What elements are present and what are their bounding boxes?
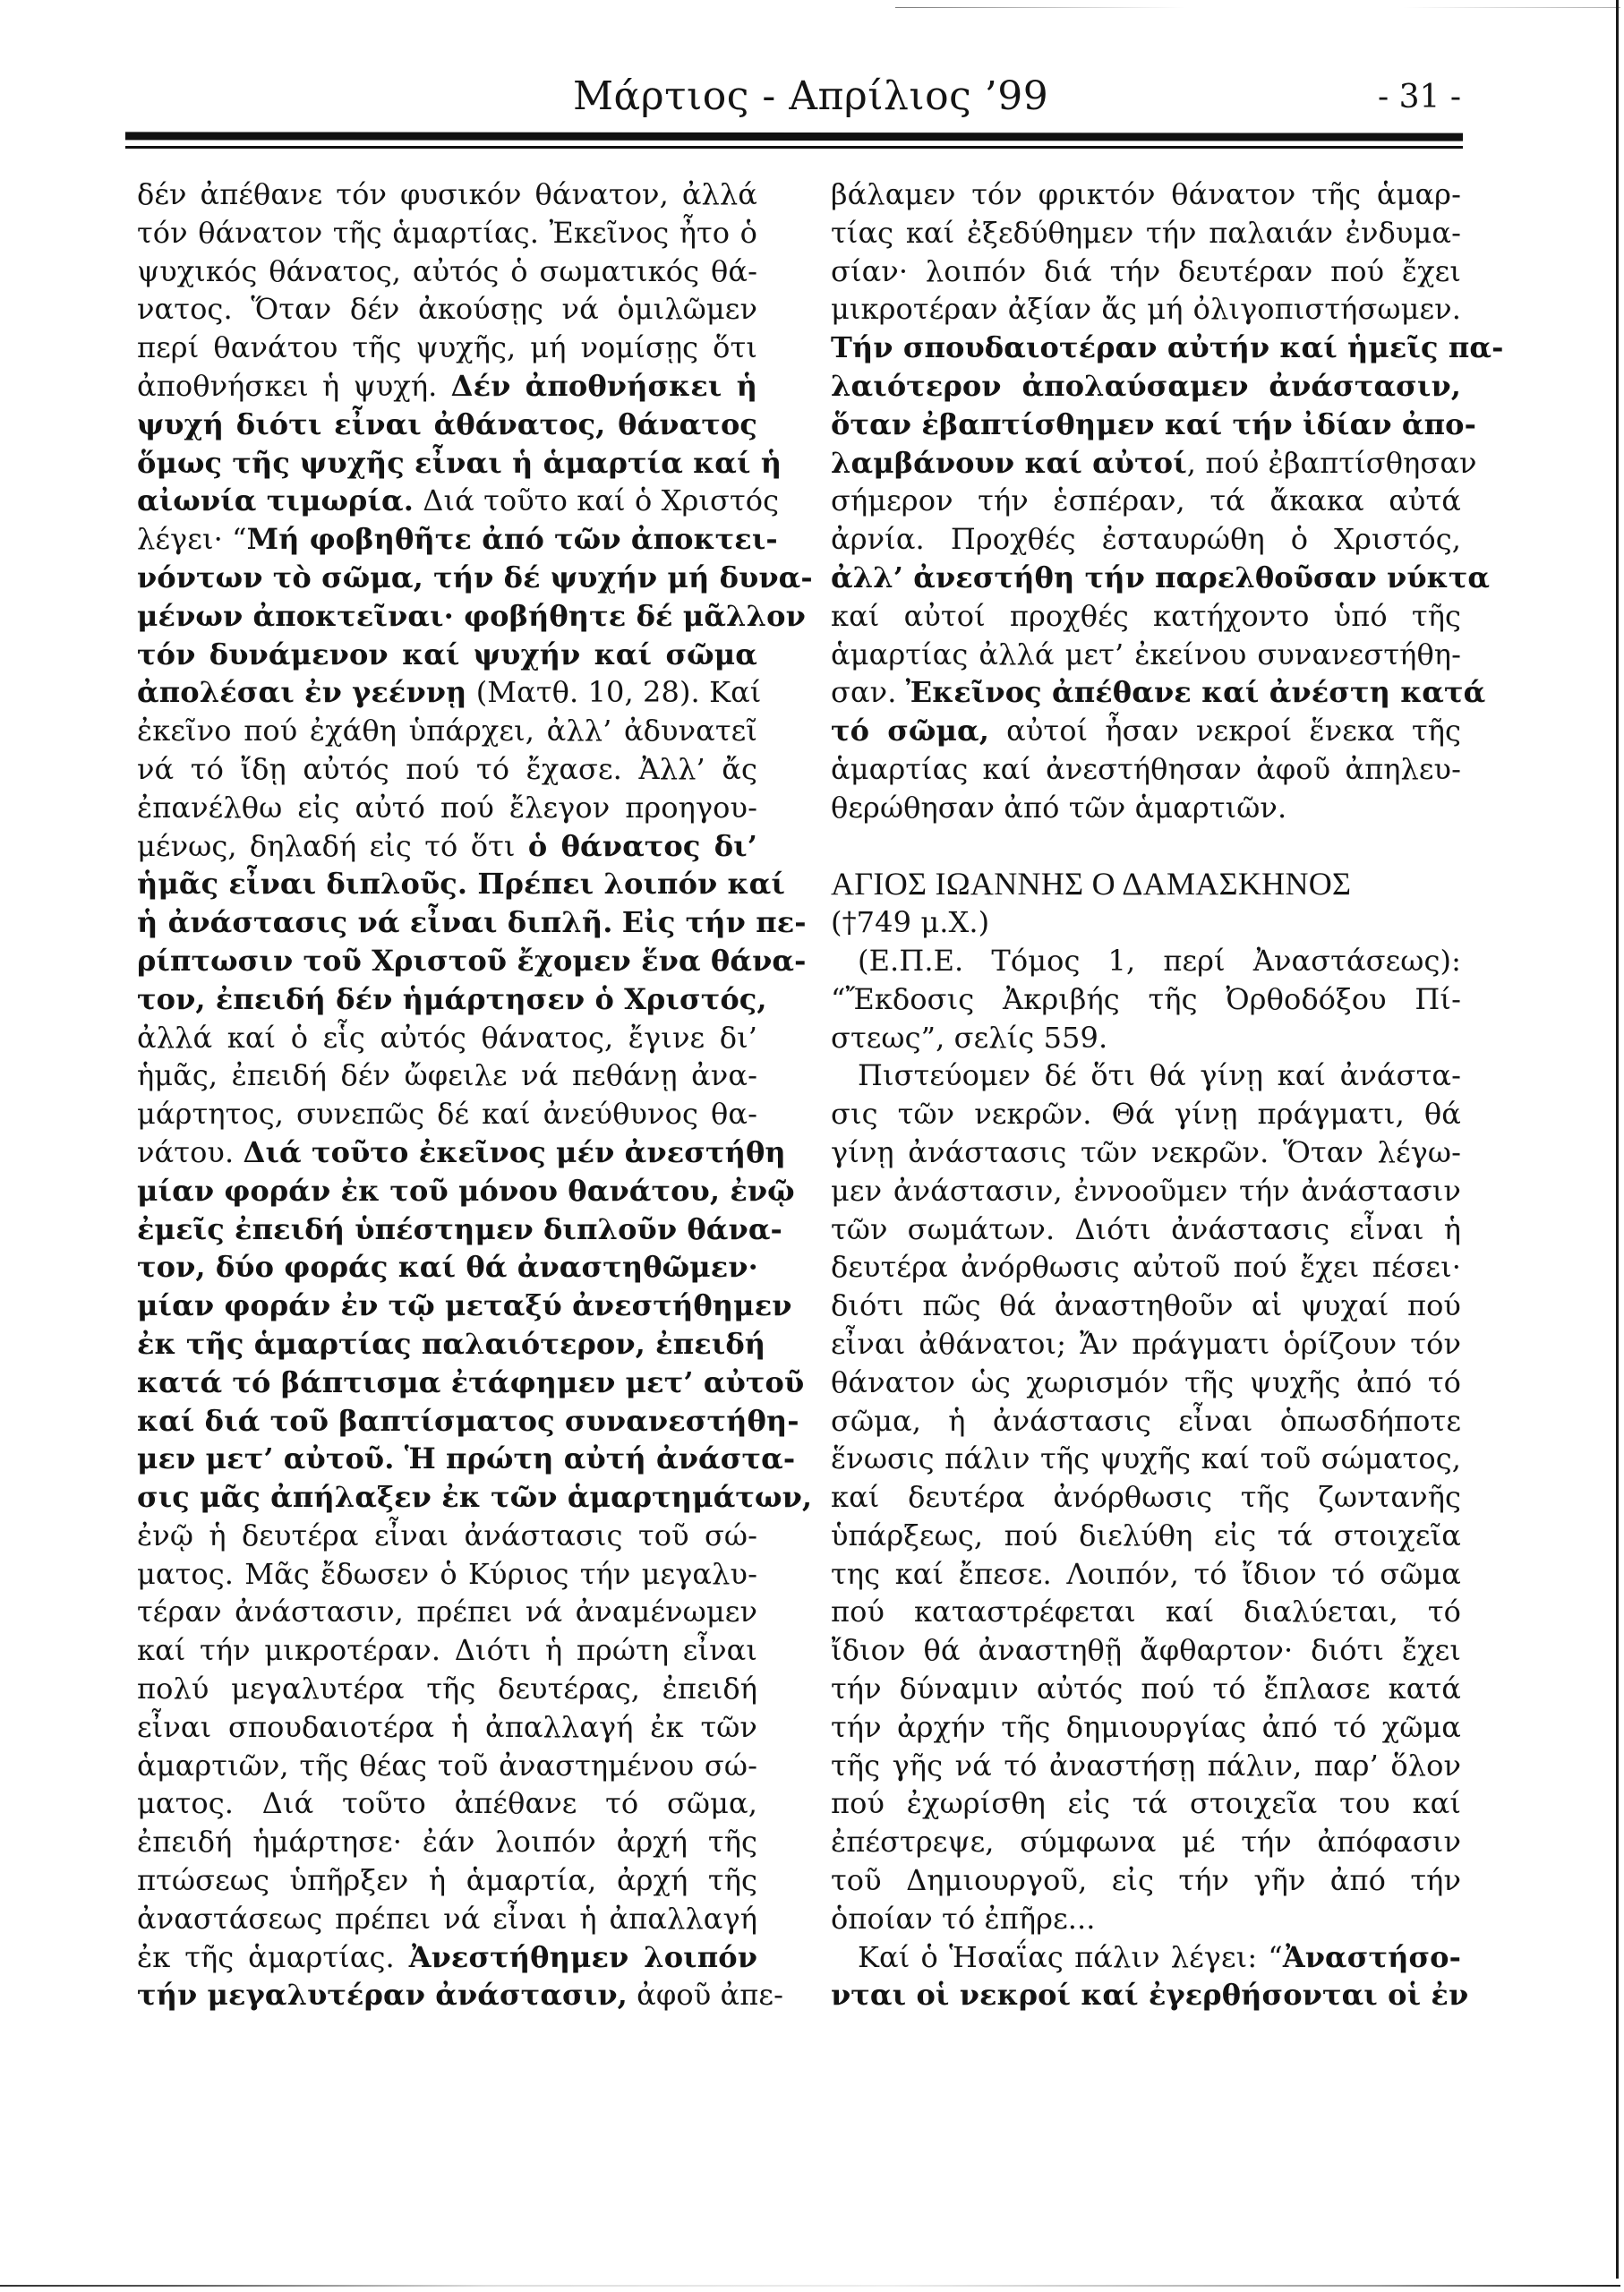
text-run: ἕνωσις πάλιν τῆς ψυχῆς καί τοῦ σώματος, bbox=[831, 1441, 1461, 1475]
text-run: ἁμαρτίας ἀλλά μετ’ ἐκείνου συνανεστήθη- bbox=[831, 637, 1461, 671]
text-run: “Ἔκδοσις Ἀκριβής τῆς Ὀρθοδόξου Πί- bbox=[831, 982, 1461, 1016]
text-line: εἶναι σπουδαιοτέρα ἡ ἀπαλλαγή ἐκ τῶν bbox=[137, 1708, 757, 1747]
text-line: γίνῃ ἀνάστασις τῶν νεκρῶν. Ὅταν λέγω- bbox=[831, 1133, 1461, 1172]
section-gap bbox=[831, 827, 1461, 866]
text-line: τήν ἀρχήν τῆς δημιουργίας ἀπό τό χῶμα bbox=[831, 1708, 1461, 1747]
text-run: εἶναι σπουδαιοτέρα ἡ ἀπαλλαγή ἐκ τῶν bbox=[137, 1710, 757, 1744]
text-line: τῆς γῆς νά τό ἀναστήσῃ πάλιν, παρ’ ὅλον bbox=[831, 1747, 1461, 1785]
text-run: ἀφοῦ ἀπε- bbox=[628, 1978, 783, 2012]
text-run: πτώσεως ὑπῆρξεν ἡ ἁμαρτία, ἀρχή τῆς bbox=[137, 1863, 757, 1897]
text-line: σίαν· λοιπόν διά τήν δευτέραν πού ἔχει bbox=[831, 252, 1461, 291]
text-run: ὑπάρξεως, πού διελύθη εἰς τά στοιχεῖα bbox=[831, 1518, 1461, 1552]
text-line: ἕνωσις πάλιν τῆς ψυχῆς καί τοῦ σώματος, bbox=[831, 1440, 1461, 1478]
text-line: καί τήν μικροτέραν. Διότι ἡ πρώτη εἶναι bbox=[137, 1631, 757, 1670]
text-run: ματος. Διά τοῦτο ἀπέθανε τό σῶμα, bbox=[137, 1786, 757, 1820]
text-line: μεν μετ’ αὐτοῦ. Ἡ πρώτη αὐτή ἀνάστα- bbox=[137, 1440, 757, 1478]
text-run: νάτου. bbox=[137, 1135, 244, 1169]
text-line: λέγει· “Μή φοβηθῆτε ἀπό τῶν ἀποκτει- bbox=[137, 520, 757, 559]
text-line: ἐνῷ ἡ δευτέρα εἶναι ἀνάστασις τοῦ σώ- bbox=[137, 1517, 757, 1555]
text-run: τόν θάνατον τῆς ἁμαρτίας. Ἐκεῖνος ἦτο ὁ bbox=[137, 216, 757, 250]
text-line: ἁμαρτίας ἀλλά μετ’ ἐκείνου συνανεστήθη- bbox=[831, 636, 1461, 674]
text-run: ἁμαρτιῶν, τῆς θέας τοῦ ἀναστημένου σώ- bbox=[137, 1749, 757, 1783]
text-line: σις τῶν νεκρῶν. Θά γίνῃ πράγματι, θά bbox=[831, 1095, 1461, 1133]
text-run: ἁμαρτίας καί ἀνεστήθησαν ἀφοῦ ἀπηλευ- bbox=[831, 752, 1461, 786]
text-run: ἐπανέλθω εἰς αὐτό πού ἔλεγον προηγου- bbox=[137, 791, 757, 825]
text-run: δέν ἀπέθανε τόν φυσικόν θάνατον, ἀλλά bbox=[137, 177, 757, 211]
text-line: ἴδιον θά ἀναστηθῇ ἄφθαρτον· διότι ἔχει bbox=[831, 1631, 1461, 1670]
text-line: μικροτέραν ἀξίαν ἄς μή ὀλιγοπιστήσωμεν. bbox=[831, 290, 1461, 329]
left-column-text: δέν ἀπέθανε τόν φυσικόν θάνατον, ἀλλάτόν… bbox=[137, 175, 757, 2014]
bold-text-run: Τήν σπουδαιοτέραν αὐτήν καί ἡμεῖς πα- bbox=[831, 330, 1504, 364]
text-line: νατος. Ὅταν δέν ἀκούσῃς νά ὁμιλῶμεν bbox=[137, 290, 757, 329]
text-line: ἀρνία. Προχθές ἐσταυρώθη ὁ Χριστός, bbox=[831, 520, 1461, 559]
text-line: κατά τό βάπτισμα ἐτάφημεν μετ’ αὐτοῦ bbox=[137, 1364, 757, 1402]
text-line: ἡ ἀνάστασις νά εἶναι διπλῆ. Εἰς τήν πε- bbox=[137, 903, 757, 942]
text-run: πού καταστρέφεται καί διαλύεται, τό bbox=[831, 1595, 1461, 1629]
text-line: ψυχή διότι εἶναι ἀθάνατος, θάνατος bbox=[137, 406, 757, 444]
bold-text-run: μίαν φοράν ἐκ τοῦ μόνου θανάτου, ἐνῷ bbox=[137, 1174, 795, 1208]
text-run: ἡμᾶς, ἐπειδή δέν ὤφειλε νά πεθάνῃ ἀνα- bbox=[137, 1058, 757, 1092]
text-line: (Ε.Π.Ε. Τόμος 1, περί Ἀναστάσεως): bbox=[831, 942, 1461, 980]
text-line: ἐκ τῆς ἁμαρτίας παλαιότερον, ἐπειδή bbox=[137, 1325, 757, 1364]
bold-text-run: ἡ ἀνάστασις νά εἶναι διπλῆ. bbox=[137, 905, 612, 939]
bold-text-run: ψυχή διότι εἶναι ἀθάνατος, θάνατος bbox=[137, 407, 757, 441]
text-line: ἐπειδή ἡμάρτησε· ἐάν λοιπόν ἀρχή τῆς bbox=[137, 1823, 757, 1861]
text-line: ἐκεῖνο πού ἐχάθη ὑπάρχει, ἀλλ’ ἀδυνατεῖ bbox=[137, 712, 757, 750]
text-run: ἴδιον θά ἀναστηθῇ ἄφθαρτον· διότι ἔχει bbox=[831, 1633, 1461, 1667]
text-line: τίας καί ἐξεδύθημεν τήν παλαιάν ἐνδυμα- bbox=[831, 214, 1461, 252]
text-run: Πιστεύομεν δέ ὅτι θά γίνῃ καί ἀνάστα- bbox=[858, 1058, 1461, 1092]
text-line: πολύ μεγαλυτέρα τῆς δευτέρας, ἐπειδή bbox=[137, 1670, 757, 1708]
bold-text-run: ἡμᾶς εἶναι διπλοῦς. Πρέπει λοιπόν καί bbox=[137, 867, 785, 901]
text-line: τῶν σωμάτων. Διότι ἀνάστασις εἶναι ἡ bbox=[831, 1210, 1461, 1249]
bold-text-run: ἀπολέσαι ἐν γεέννῃ bbox=[137, 675, 466, 709]
text-run: γίνῃ ἀνάστασις τῶν νεκρῶν. Ὅταν λέγω- bbox=[831, 1135, 1461, 1169]
header-rule-thin bbox=[125, 146, 1463, 149]
text-run: σίαν· λοιπόν διά τήν δευτέραν πού ἔχει bbox=[831, 254, 1461, 288]
running-header: Μάρτιος - Απρίλιος ’99 - 31 - bbox=[125, 70, 1461, 133]
text-line: ὅμως τῆς ψυχῆς εἶναι ἡ ἁμαρτία καί ἡ bbox=[137, 444, 757, 483]
text-line: ἐπανέλθω εἰς αὐτό πού ἔλεγον προηγου- bbox=[137, 789, 757, 827]
issue-title: Μάρτιος - Απρίλιος ’99 bbox=[573, 73, 1048, 119]
text-line: τήν μεγαλυτέραν ἀνάστασιν, ἀφοῦ ἀπε- bbox=[137, 1976, 757, 2014]
bold-text-run: ρίπτωσιν τοῦ Χριστοῦ ἔχομεν ἕνα θάνα- bbox=[137, 944, 807, 978]
text-line: μίαν φοράν ἐν τῷ μεταξύ ἀνεστήθημεν bbox=[137, 1287, 757, 1325]
text-line: Τήν σπουδαιοτέραν αὐτήν καί ἡμεῖς πα- bbox=[831, 329, 1461, 367]
text-line: πού ἐχωρίσθη εἰς τά στοιχεῖα του καί bbox=[831, 1784, 1461, 1823]
bold-text-run: μένων ἀποκτεῖναι· φοβήθητε δέ μᾶλλον bbox=[137, 599, 806, 633]
text-run: πού ἐχωρίσθη εἰς τά στοιχεῖα του καί bbox=[831, 1786, 1461, 1820]
text-line: ἡμᾶς, ἐπειδή δέν ὤφειλε νά πεθάνῃ ἀνα- bbox=[137, 1056, 757, 1095]
text-run: ματος. Μᾶς ἔδωσεν ὁ Κύριος τήν μεγαλυ- bbox=[137, 1557, 757, 1591]
text-line: τόν δυνάμενον καί ψυχήν καί σῶμα bbox=[137, 636, 757, 674]
text-run: μεν ἀνάστασιν, ἐννοοῦμεν τήν ἀνάστασιν bbox=[831, 1174, 1461, 1208]
text-line: βάλαμεν τόν φρικτόν θάνατον τῆς ἁμαρ- bbox=[831, 175, 1461, 214]
text-run bbox=[612, 905, 621, 939]
text-run: τήν δύναμιν αὐτός πού τό ἔπλασε κατά bbox=[831, 1672, 1461, 1706]
text-line: ἡμᾶς εἶναι διπλοῦς. Πρέπει λοιπόν καί bbox=[137, 865, 757, 903]
text-run: ἀποθνήσκει ἡ ψυχή. bbox=[137, 369, 451, 403]
text-line: ματος. Διά τοῦτο ἀπέθανε τό σῶμα, bbox=[137, 1784, 757, 1823]
text-line: πτώσεως ὑπῆρξεν ἡ ἁμαρτία, ἀρχή τῆς bbox=[137, 1861, 757, 1900]
text-run: βάλαμεν τόν φρικτόν θάνατον τῆς ἁμαρ- bbox=[831, 177, 1461, 211]
text-run: ψυχικός θάνατος, αὐτός ὁ σωματικός θά- bbox=[137, 254, 757, 288]
text-run: (Ματθ. 10, 28). Καί bbox=[466, 675, 761, 709]
left-column: δέν ἀπέθανε τόν φυσικόν θάνατον, ἀλλάτόν… bbox=[137, 175, 757, 2014]
text-line: ἁμαρτίας καί ἀνεστήθησαν ἀφοῦ ἀπηλευ- bbox=[831, 750, 1461, 789]
text-run: ἐνῷ ἡ δευτέρα εἶναι ἀνάστασις τοῦ σώ- bbox=[137, 1518, 757, 1552]
text-run: θερώθησαν ἀπό τῶν ἁμαρτιῶν. bbox=[831, 791, 1286, 825]
text-line: λαιότερον ἀπολαύσαμεν ἀνάστασιν, bbox=[831, 367, 1461, 406]
text-line: σαν. Ἐκεῖνος ἀπέθανε καί ἀνέστη κατά bbox=[831, 673, 1461, 712]
bold-text-run: νται οἱ νεκροί καί ἐγερθήσονται οἱ ἐν bbox=[831, 1978, 1468, 2012]
text-line: θάνατον ὡς χωρισμόν τῆς ψυχῆς ἀπό τό bbox=[831, 1364, 1461, 1402]
text-run: εἶναι ἀθάνατοι; Ἄν πράγματι ὁρίζουν τόν bbox=[831, 1327, 1461, 1361]
text-run: σις τῶν νεκρῶν. Θά γίνῃ πράγματι, θά bbox=[831, 1097, 1461, 1131]
text-run: καί αὐτοί προχθές κατήχοντο ὑπό τῆς bbox=[831, 599, 1461, 633]
bold-text-run: ὅταν ἐβαπτίσθημεν καί τήν ἰδίαν ἀπο- bbox=[831, 407, 1476, 441]
text-run: ἀλλά καί ὁ εἷς αὐτός θάνατος, ἔγινε δι’ bbox=[137, 1021, 757, 1055]
text-line: ἀπολέσαι ἐν γεέννῃ (Ματθ. 10, 28). Καί bbox=[137, 673, 757, 712]
bold-text-run: τον, ἐπειδή δέν ἡμάρτησεν ὁ Χριστός, bbox=[137, 982, 767, 1016]
text-line: τήν δύναμιν αὐτός πού τό ἔπλασε κατά bbox=[831, 1670, 1461, 1708]
text-run: τοῦ Δημιουργοῦ, εἰς τήν γῆν ἀπό τήν bbox=[831, 1863, 1461, 1897]
text-line: ρίπτωσιν τοῦ Χριστοῦ ἔχομεν ἕνα θάνα- bbox=[137, 942, 757, 980]
bold-text-run: λαμβάνουν καί αὐτοί bbox=[831, 446, 1187, 480]
bold-text-run: καί διά τοῦ βαπτίσματος συνανεστήθη- bbox=[137, 1404, 799, 1438]
text-run: ἀρνία. Προχθές ἐσταυρώθη ὁ Χριστός, bbox=[831, 522, 1461, 556]
text-run: σαν. bbox=[831, 675, 906, 709]
text-line: ἐπέστρεψε, σύμφωνα μέ τήν ἀπόφασιν bbox=[831, 1823, 1461, 1861]
text-line: τον, ἐπειδή δέν ἡμάρτησεν ὁ Χριστός, bbox=[137, 980, 757, 1019]
text-line: ἁμαρτιῶν, τῆς θέας τοῦ ἀναστημένου σώ- bbox=[137, 1747, 757, 1785]
bold-text-run: Ἀνεστήθημεν λοιπόν bbox=[409, 1940, 757, 1974]
text-run: ἐκ τῆς ἁμαρτίας. bbox=[137, 1940, 409, 1974]
text-line: τοῦ Δημιουργοῦ, εἰς τήν γῆν ἀπό τήν bbox=[831, 1861, 1461, 1900]
text-run: λέγει· “ bbox=[137, 522, 247, 556]
text-run: σήμερον τήν ἑσπέραν, τά ἄκακα αὐτά bbox=[831, 483, 1461, 517]
bold-text-run: ὁ θάνατος δι’ bbox=[528, 829, 757, 863]
text-line: Πιστεύομεν δέ ὅτι θά γίνῃ καί ἀνάστα- bbox=[831, 1056, 1461, 1095]
text-run: ἐπειδή ἡμάρτησε· ἐάν λοιπόν ἀρχή τῆς bbox=[137, 1825, 757, 1859]
text-run: (Ε.Π.Ε. Τόμος 1, περί Ἀναστάσεως): bbox=[858, 944, 1461, 978]
text-run: ὁποίαν τό ἐπῆρε... bbox=[831, 1902, 1096, 1936]
scanned-page: Μάρτιος - Απρίλιος ’99 - 31 - δέν ἀπέθαν… bbox=[0, 0, 1624, 2292]
bold-text-run: λαιότερον ἀπολαύσαμεν ἀνάστασιν, bbox=[831, 369, 1461, 403]
text-line: καί δευτέρα ἀνόρθωσις τῆς ζωντανῆς bbox=[831, 1478, 1461, 1517]
text-run: νά τό ἴδῃ αὐτός πού τό ἔχασε. Ἀλλ’ ἄς bbox=[137, 752, 757, 786]
page-number: - 31 - bbox=[1378, 79, 1461, 115]
text-run: σῶμα, ἡ ἀνάστασις εἶναι ὁπωσδήποτε bbox=[831, 1404, 1461, 1438]
bold-text-run: τόν δυνάμενον καί ψυχήν καί σῶμα bbox=[137, 637, 757, 671]
text-line: τό σῶμα, αὐτοί ἦσαν νεκροί ἕνεκα τῆς bbox=[831, 712, 1461, 750]
bold-text-run: μεν μετ’ αὐτοῦ. Ἡ πρώτη αὐτή ἀνάστα- bbox=[137, 1441, 795, 1475]
text-run: μένως, δηλαδή εἰς τό ὅτι bbox=[137, 829, 528, 863]
bold-text-run: Διά τοῦτο ἐκεῖνος μέν ἀνεστήθη bbox=[244, 1135, 786, 1169]
section-dates: (†749 μ.Χ.) bbox=[831, 903, 1461, 942]
bold-text-run: ἐμεῖς ἐπειδή ὑπέστημεν διπλοῦν θάνα- bbox=[137, 1212, 782, 1246]
text-line: “Ἔκδοσις Ἀκριβής τῆς Ὀρθοδόξου Πί- bbox=[831, 980, 1461, 1019]
text-run: διότι πῶς θά ἀναστηθοῦν αἱ ψυχαί πού bbox=[831, 1288, 1461, 1322]
text-run: μικροτέραν ἀξίαν ἄς μή ὀλιγοπιστήσωμεν. bbox=[831, 292, 1461, 326]
text-line: περί θανάτου τῆς ψυχῆς, μή νομίσῃς ὅτι bbox=[137, 329, 757, 367]
text-line: μένως, δηλαδή εἰς τό ὅτι ὁ θάνατος δι’ bbox=[137, 827, 757, 866]
text-line: ὁποίαν τό ἐπῆρε... bbox=[831, 1900, 1461, 1938]
text-run: τέραν ἀνάστασιν, πρέπει νά ἀναμένωμεν bbox=[137, 1595, 757, 1629]
text-run: καί τήν μικροτέραν. Διότι ἡ πρώτη εἶναι bbox=[137, 1633, 757, 1667]
text-line: ἐκ τῆς ἁμαρτίας. Ἀνεστήθημεν λοιπόν bbox=[137, 1938, 757, 1977]
bold-text-run: τον, δύο φοράς καί θά ἀναστηθῶμεν· bbox=[137, 1250, 758, 1284]
text-line: νόντων τὸ σῶμα, τήν δέ ψυχήν μή δυνα- bbox=[137, 559, 757, 597]
bold-text-run: Ἀναστήσο- bbox=[1283, 1940, 1461, 1974]
scan-edge-top-artifact bbox=[895, 7, 1620, 8]
text-run: ἐκεῖνο πού ἐχάθη ὑπάρχει, ἀλλ’ ἀδυνατεῖ bbox=[137, 714, 757, 748]
right-column-text-top: βάλαμεν τόν φρικτόν θάνατον τῆς ἁμαρ-τία… bbox=[831, 175, 1461, 827]
bold-text-run: σις μᾶς ἀπήλαξεν ἐκ τῶν ἁμαρτημάτων, bbox=[137, 1480, 812, 1514]
text-run: πολύ μεγαλυτέρα τῆς δευτέρας, ἐπειδή bbox=[137, 1672, 757, 1706]
text-run: ἀναστάσεως πρέπει νά εἶναι ἡ ἀπαλλαγή bbox=[137, 1902, 757, 1936]
text-line: λαμβάνουν καί αὐτοί, πού ἐβαπτίσθησαν bbox=[831, 444, 1461, 483]
bold-text-run: τήν μεγαλυτέραν ἀνάστασιν, bbox=[137, 1978, 628, 2012]
section-heading: ΑΓΙΟΣ ΙΩΑΝΝΗΣ Ο ΔΑΜΑΣΚΗΝΟΣ bbox=[831, 865, 1461, 903]
text-line: εἶναι ἀθάνατοι; Ἄν πράγματι ὁρίζουν τόν bbox=[831, 1325, 1461, 1364]
bold-text-run: μίαν φοράν ἐν τῷ μεταξύ ἀνεστήθημεν bbox=[137, 1288, 792, 1322]
bold-text-run: ὅμως τῆς ψυχῆς εἶναι ἡ ἁμαρτία καί ἡ bbox=[137, 446, 782, 480]
text-line: ματος. Μᾶς ἔδωσεν ὁ Κύριος τήν μεγαλυ- bbox=[137, 1555, 757, 1594]
text-line: πού καταστρέφεται καί διαλύεται, τό bbox=[831, 1593, 1461, 1631]
text-run: ἐπέστρεψε, σύμφωνα μέ τήν ἀπόφασιν bbox=[831, 1825, 1461, 1859]
right-column: βάλαμεν τόν φρικτόν θάνατον τῆς ἁμαρ-τία… bbox=[831, 175, 1461, 2014]
text-line: ψυχικός θάνατος, αὐτός ὁ σωματικός θά- bbox=[137, 252, 757, 291]
text-line: μένων ἀποκτεῖναι· φοβήθητε δέ μᾶλλον bbox=[137, 597, 757, 636]
text-line: αἰωνία τιμωρία. Διά τοῦτο καί ὁ Χριστός bbox=[137, 482, 757, 520]
bold-text-run: νόντων τὸ σῶμα, τήν δέ ψυχήν μή δυνα- bbox=[137, 560, 813, 594]
text-line: μίαν φοράν ἐκ τοῦ μόνου θανάτου, ἐνῷ bbox=[137, 1172, 757, 1210]
text-run: τήν ἀρχήν τῆς δημιουργίας ἀπό τό χῶμα bbox=[831, 1710, 1461, 1744]
text-line: ἀναστάσεως πρέπει νά εἶναι ἡ ἀπαλλαγή bbox=[137, 1900, 757, 1938]
text-run: καί δευτέρα ἀνόρθωσις τῆς ζωντανῆς bbox=[831, 1480, 1461, 1514]
text-line: τον, δύο φοράς καί θά ἀναστηθῶμεν· bbox=[137, 1248, 757, 1287]
bold-text-run: Μή φοβηθῆτε ἀπό τῶν ἀποκτει- bbox=[247, 522, 778, 556]
text-line: ἀλλά καί ὁ εἷς αὐτός θάνατος, ἔγινε δι’ bbox=[137, 1019, 757, 1057]
header-rule-thick bbox=[125, 132, 1463, 141]
text-run: Διά τοῦτο καί ὁ Χριστός bbox=[414, 483, 779, 517]
text-line: νται οἱ νεκροί καί ἐγερθήσονται οἱ ἐν bbox=[831, 1976, 1461, 2014]
text-line: ὅταν ἐβαπτίσθημεν καί τήν ἰδίαν ἀπο- bbox=[831, 406, 1461, 444]
bold-text-run: ἐκ τῆς ἁμαρτίας παλαιότερον, ἐπειδή bbox=[137, 1327, 765, 1361]
scan-edge-bottom-artifact bbox=[0, 2285, 1620, 2287]
text-run: νατος. Ὅταν δέν ἀκούσῃς νά ὁμιλῶμεν bbox=[137, 292, 757, 326]
bold-text-run: Ἐκεῖνος ἀπέθανε καί ἀνέστη κατά bbox=[906, 675, 1486, 709]
text-line: σις μᾶς ἀπήλαξεν ἐκ τῶν ἁμαρτημάτων, bbox=[137, 1478, 757, 1517]
text-line: νά τό ἴδῃ αὐτός πού τό ἔχασε. Ἀλλ’ ἄς bbox=[137, 750, 757, 789]
text-line: τόν θάνατον τῆς ἁμαρτίας. Ἐκεῖνος ἦτο ὁ bbox=[137, 214, 757, 252]
text-line: διότι πῶς θά ἀναστηθοῦν αἱ ψυχαί πού bbox=[831, 1287, 1461, 1325]
bold-text-run: τό σῶμα, bbox=[831, 714, 989, 748]
text-line: τέραν ἀνάστασιν, πρέπει νά ἀναμένωμεν bbox=[137, 1593, 757, 1631]
text-line: σήμερον τήν ἑσπέραν, τά ἄκακα αὐτά bbox=[831, 482, 1461, 520]
text-run: της καί ἔπεσε. Λοιπόν, τό ἴδιον τό σῶμα bbox=[831, 1557, 1461, 1591]
bold-text-run: αἰωνία τιμωρία. bbox=[137, 483, 414, 517]
text-line: δευτέρα ἀνόρθωσις αὐτοῦ πού ἔχει πέσει· bbox=[831, 1248, 1461, 1287]
text-run: περί θανάτου τῆς ψυχῆς, μή νομίσῃς ὅτι bbox=[137, 330, 757, 364]
right-column-text-bottom: (Ε.Π.Ε. Τόμος 1, περί Ἀναστάσεως):“Ἔκδοσ… bbox=[831, 942, 1461, 2014]
bold-text-run: κατά τό βάπτισμα ἐτάφημεν μετ’ αὐτοῦ bbox=[137, 1365, 804, 1399]
text-run: τῶν σωμάτων. Διότι ἀνάστασις εἶναι ἡ bbox=[831, 1212, 1461, 1246]
text-line: νάτου. Διά τοῦτο ἐκεῖνος μέν ἀνεστήθη bbox=[137, 1133, 757, 1172]
text-run: Καί ὁ Ἡσαΐας πάλιν λέγει: “ bbox=[858, 1940, 1283, 1974]
text-run: τίας καί ἐξεδύθημεν τήν παλαιάν ἐνδυμα- bbox=[831, 216, 1461, 250]
bold-text-run: Εἰς τήν πε- bbox=[622, 905, 807, 939]
text-run: , πού ἐβαπτίσθησαν bbox=[1187, 446, 1477, 480]
text-line: Καί ὁ Ἡσαΐας πάλιν λέγει: “Ἀναστήσο- bbox=[831, 1938, 1461, 1977]
bold-text-run: ἀλλ’ ἀνεστήθη τήν παρελθοῦσαν νύκτα bbox=[831, 560, 1490, 594]
text-line: στεως”, σελίς 559. bbox=[831, 1019, 1461, 1057]
text-line: της καί ἔπεσε. Λοιπόν, τό ἴδιον τό σῶμα bbox=[831, 1555, 1461, 1594]
text-line: ὑπάρξεως, πού διελύθη εἰς τά στοιχεῖα bbox=[831, 1517, 1461, 1555]
text-run: μάρτητος, συνεπῶς δέ καί ἀνεύθυνος θα- bbox=[137, 1097, 757, 1131]
text-line: ἐμεῖς ἐπειδή ὑπέστημεν διπλοῦν θάνα- bbox=[137, 1210, 757, 1249]
text-run: δευτέρα ἀνόρθωσις αὐτοῦ πού ἔχει πέσει· bbox=[831, 1250, 1461, 1284]
bold-text-run: Δέν ἀποθνήσκει ἡ bbox=[451, 369, 757, 403]
text-line: καί αὐτοί προχθές κατήχοντο ὑπό τῆς bbox=[831, 597, 1461, 636]
text-line: μεν ἀνάστασιν, ἐννοοῦμεν τήν ἀνάστασιν bbox=[831, 1172, 1461, 1210]
text-line: καί διά τοῦ βαπτίσματος συνανεστήθη- bbox=[137, 1402, 757, 1441]
scan-edge-right-artifact bbox=[1616, 0, 1619, 2279]
text-line: μάρτητος, συνεπῶς δέ καί ἀνεύθυνος θα- bbox=[137, 1095, 757, 1133]
text-line: δέν ἀπέθανε τόν φυσικόν θάνατον, ἀλλά bbox=[137, 175, 757, 214]
text-line: ἀποθνήσκει ἡ ψυχή. Δέν ἀποθνήσκει ἡ bbox=[137, 367, 757, 406]
text-line: ἀλλ’ ἀνεστήθη τήν παρελθοῦσαν νύκτα bbox=[831, 559, 1461, 597]
text-line: θερώθησαν ἀπό τῶν ἁμαρτιῶν. bbox=[831, 789, 1461, 827]
text-run: θάνατον ὡς χωρισμόν τῆς ψυχῆς ἀπό τό bbox=[831, 1365, 1461, 1399]
text-run: στεως”, σελίς 559. bbox=[831, 1021, 1107, 1055]
text-run: τῆς γῆς νά τό ἀναστήσῃ πάλιν, παρ’ ὅλον bbox=[831, 1749, 1461, 1783]
text-line: σῶμα, ἡ ἀνάστασις εἶναι ὁπωσδήποτε bbox=[831, 1402, 1461, 1441]
text-run: αὐτοί ἦσαν νεκροί ἕνεκα τῆς bbox=[989, 714, 1461, 748]
